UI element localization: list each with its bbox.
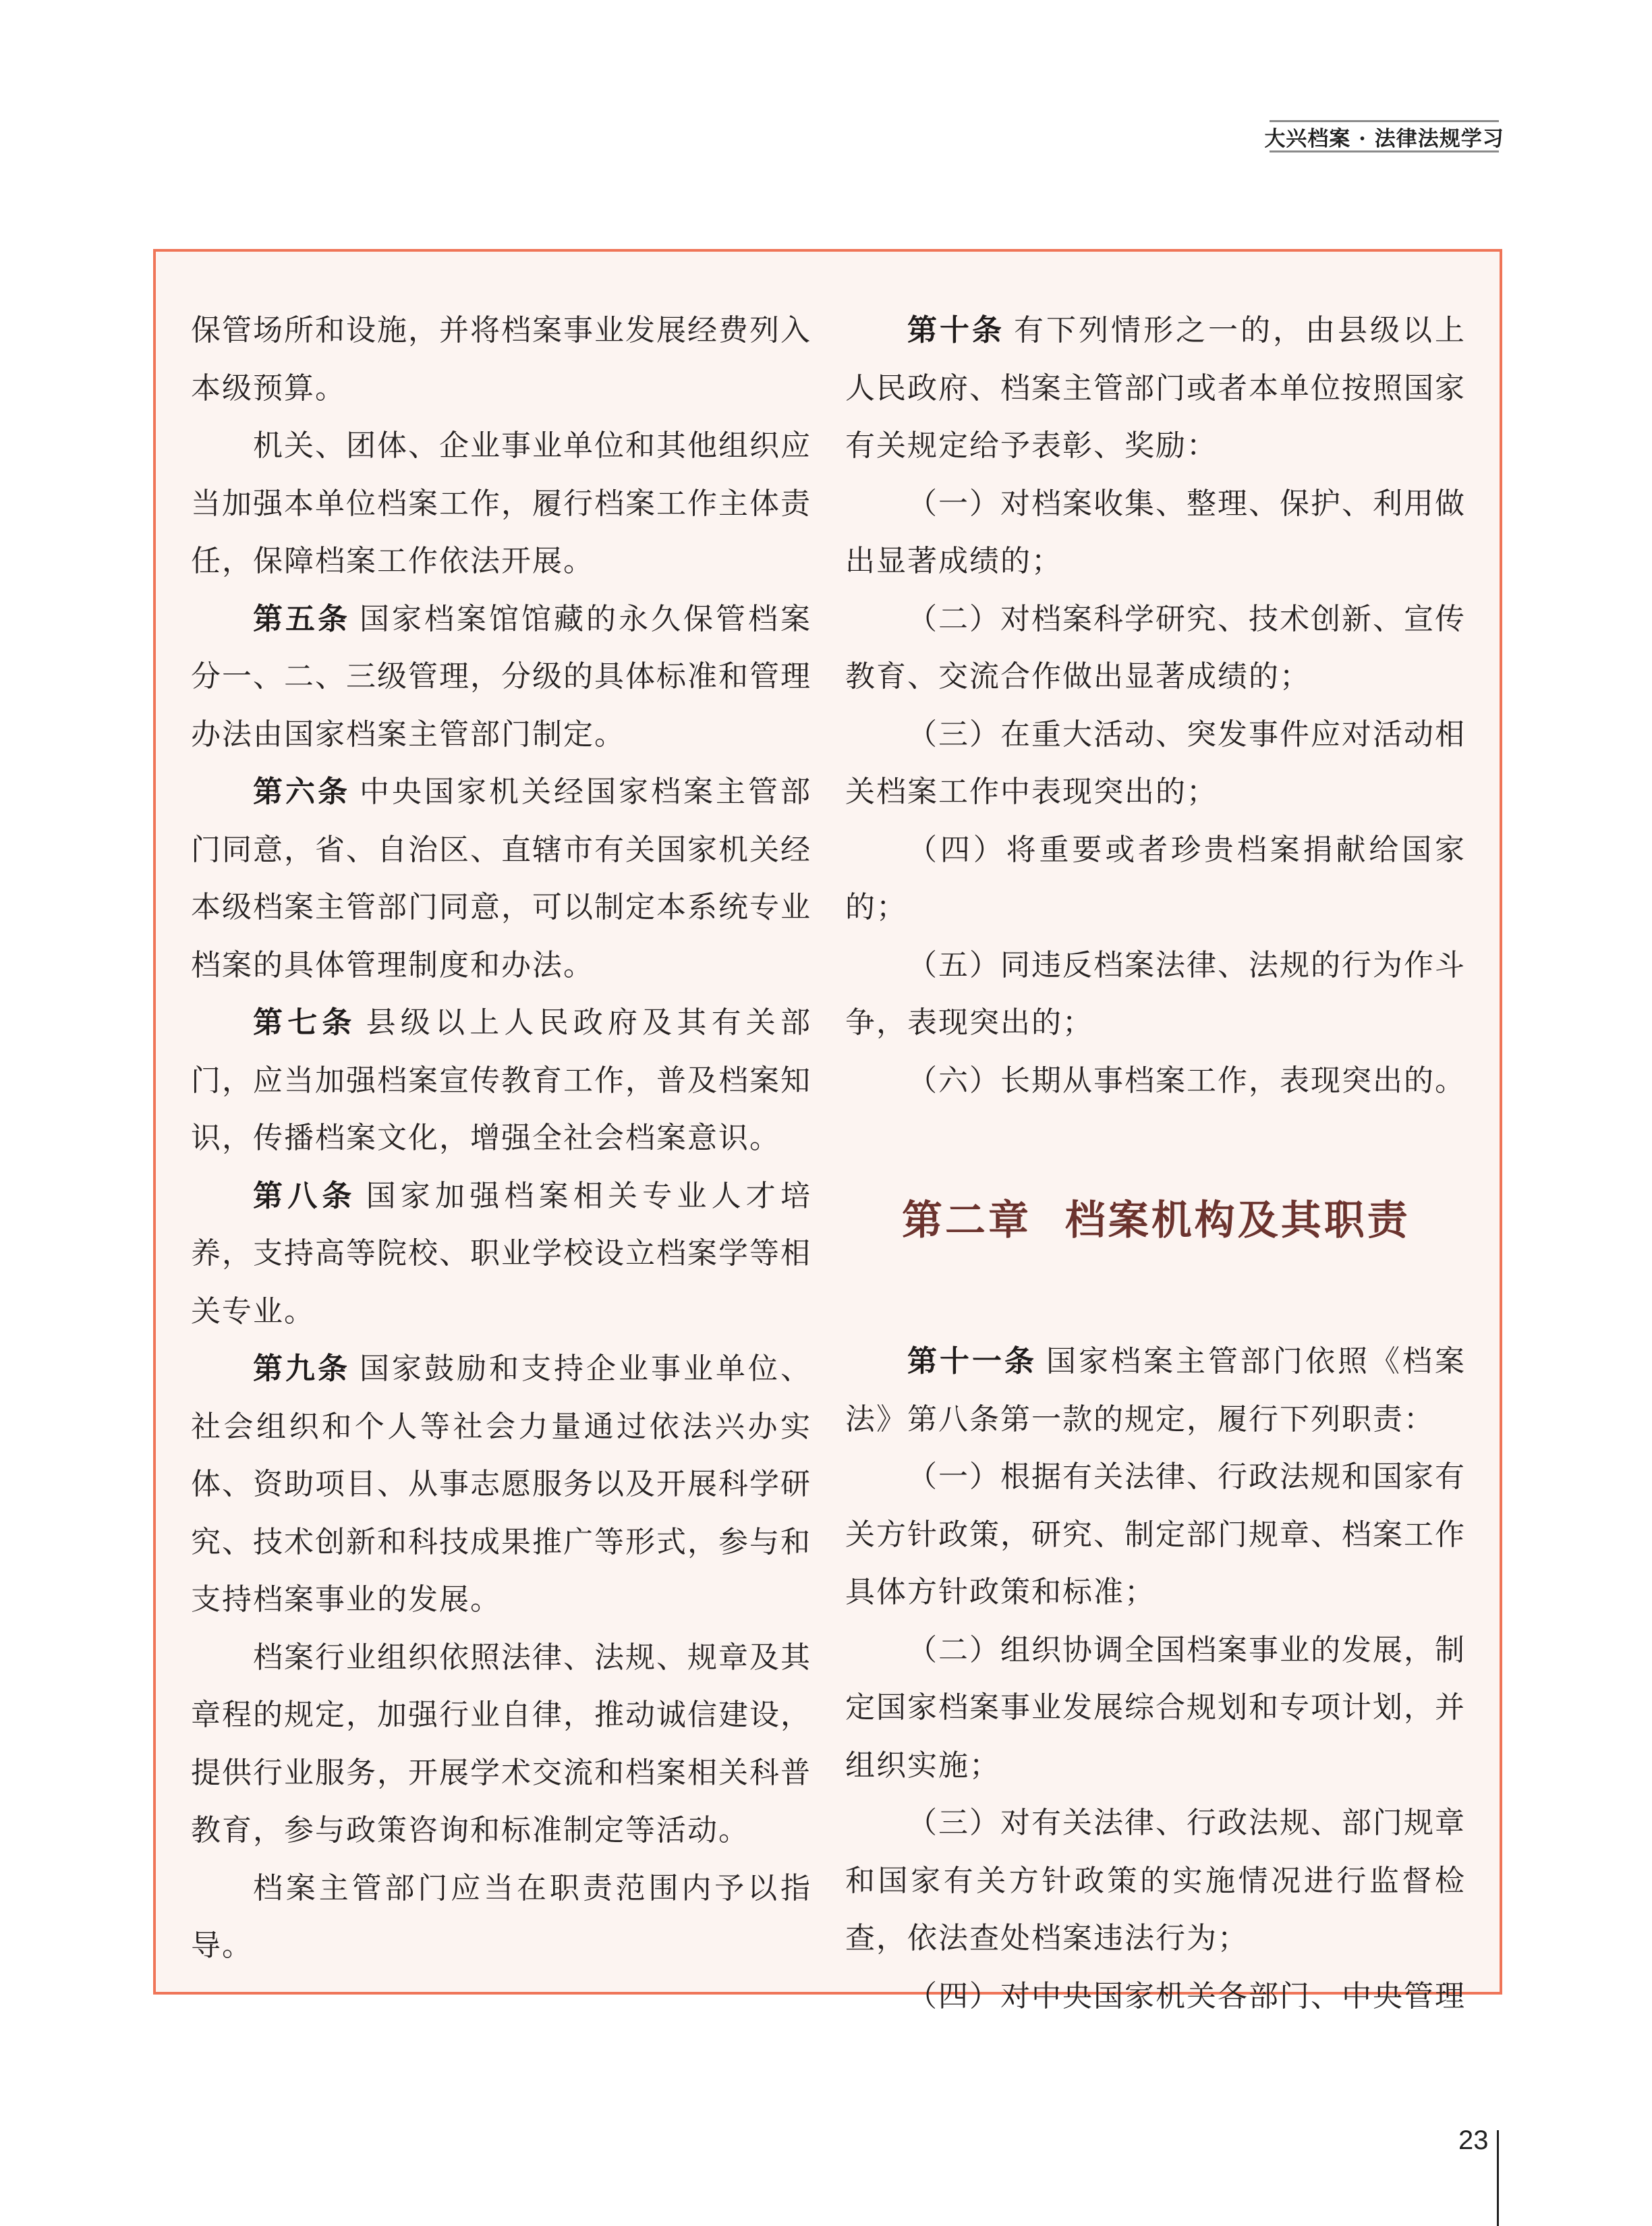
article-label: 第十一条 bbox=[907, 1344, 1037, 1379]
paragraph-text: 保管场所和设施，并将档案事业发展经费列入本级预算。 bbox=[191, 313, 811, 406]
page-number: 23 bbox=[1458, 2125, 1489, 2156]
article-8: 第八条国家加强档案相关专业人才培养，支持高等院校、职业学校设立档案学等相关专业。 bbox=[191, 1167, 811, 1341]
list-item: （一）对档案收集、整理、保护、利用做出显著成绩的； bbox=[845, 475, 1466, 590]
article-label: 第八条 bbox=[253, 1179, 357, 1213]
article-6: 第六条中央国家机关经国家档案主管部门同意，省、自治区、直辖市有关国家机关经本级档… bbox=[191, 763, 811, 994]
paragraph-text: 机关、团体、企业事业单位和其他组织应当加强本单位档案工作，履行档案工作主体责任，… bbox=[191, 428, 811, 578]
paragraph-text: （五）同违反档案法律、法规的行为作斗争，表现突出的； bbox=[845, 948, 1466, 1040]
list-item: （六）长期从事档案工作，表现突出的。 bbox=[845, 1052, 1466, 1110]
article-label: 第五条 bbox=[253, 602, 350, 636]
chapter-heading: 第二章 档案机构及其职责 bbox=[845, 1109, 1466, 1333]
article-label: 第六条 bbox=[253, 775, 350, 809]
right-column: 第十条有下列情形之一的，由县级以上人民政府、档案主管部门或者本单位按照国家有关规… bbox=[845, 302, 1466, 2025]
article-7: 第七条县级以上人民政府及其有关部门，应当加强档案宣传教育工作，普及档案知识，传播… bbox=[191, 994, 811, 1167]
paragraph-text: （三）对有关法律、行政法规、部门规章和国家有关方针政策的实施情况进行监督检查，依… bbox=[845, 1806, 1466, 1955]
paragraph-text: （二）组织协调全国档案事业的发展，制定国家档案事业发展综合规划和专项计划，并组织… bbox=[845, 1633, 1466, 1783]
article-label: 第七条 bbox=[253, 1005, 357, 1040]
running-header: 大兴档案 · 法律法规学习 bbox=[1270, 120, 1499, 152]
list-item: （二）对档案科学研究、技术创新、宣传教育、交流合作做出显著成绩的； bbox=[845, 590, 1466, 706]
article-9: 第九条国家鼓励和支持企业事业单位、社会组织和个人等社会力量通过依法兴办实体、资助… bbox=[191, 1340, 811, 1629]
list-item: （四）将重要或者珍贵档案捐献给国家的； bbox=[845, 821, 1466, 937]
article-label: 第十条 bbox=[907, 313, 1004, 347]
page-edge-rule bbox=[1497, 2130, 1499, 2226]
paragraph-text: 档案主管部门应当在职责范围内予以指导。 bbox=[191, 1871, 811, 1964]
paragraph-text: （一）对档案收集、整理、保护、利用做出显著成绩的； bbox=[845, 486, 1466, 579]
article-label: 第九条 bbox=[253, 1352, 350, 1386]
paragraph-text: （二）对档案科学研究、技术创新、宣传教育、交流合作做出显著成绩的； bbox=[845, 602, 1466, 694]
paragraph-text: （一）根据有关法律、行政法规和国家有关方针政策，研究、制定部门规章、档案工作具体… bbox=[845, 1459, 1466, 1609]
list-item: （四）对中央国家机关各部门、中央管理 bbox=[845, 1968, 1466, 2026]
list-item: （五）同违反档案法律、法规的行为作斗争，表现突出的； bbox=[845, 937, 1466, 1052]
paragraph: 档案主管部门应当在职责范围内予以指导。 bbox=[191, 1860, 811, 1975]
list-item: （三）对有关法律、行政法规、部门规章和国家有关方针政策的实施情况进行监督检查，依… bbox=[845, 1794, 1466, 1968]
article-10: 第十条有下列情形之一的，由县级以上人民政府、档案主管部门或者本单位按照国家有关规… bbox=[845, 302, 1466, 475]
paragraph-text: 档案行业组织依照法律、法规、规章及其章程的规定，加强行业自律，推动诚信建设，提供… bbox=[191, 1640, 811, 1848]
paragraph-text: （四）将重要或者珍贵档案捐献给国家的； bbox=[845, 833, 1466, 925]
article-11: 第十一条国家档案主管部门依照《档案法》第八条第一款的规定，履行下列职责： bbox=[845, 1333, 1466, 1448]
list-item: （二）组织协调全国档案事业的发展，制定国家档案事业发展综合规划和专项计划，并组织… bbox=[845, 1621, 1466, 1795]
list-item: （三）在重大活动、突发事件应对活动相关档案工作中表现突出的； bbox=[845, 706, 1466, 821]
paragraph: 机关、团体、企业事业单位和其他组织应当加强本单位档案工作，履行档案工作主体责任，… bbox=[191, 417, 811, 590]
left-column: 保管场所和设施，并将档案事业发展经费列入本级预算。 机关、团体、企业事业单位和其… bbox=[191, 302, 811, 1975]
paragraph-text: 国家鼓励和支持企业事业单位、社会组织和个人等社会力量通过依法兴办实体、资助项目、… bbox=[191, 1352, 811, 1617]
paragraph-text: （四）对中央国家机关各部门、中央管理 bbox=[907, 1979, 1466, 2013]
list-item: （一）根据有关法律、行政法规和国家有关方针政策，研究、制定部门规章、档案工作具体… bbox=[845, 1448, 1466, 1621]
paragraph-text: （三）在重大活动、突发事件应对活动相关档案工作中表现突出的； bbox=[845, 717, 1466, 810]
paragraph: 档案行业组织依照法律、法规、规章及其章程的规定，加强行业自律，推动诚信建设，提供… bbox=[191, 1629, 811, 1860]
article-5: 第五条国家档案馆馆藏的永久保管档案分一、二、三级管理，分级的具体标准和管理办法由… bbox=[191, 590, 811, 764]
paragraph-text: （六）长期从事档案工作，表现突出的。 bbox=[907, 1063, 1466, 1098]
running-header-title: 大兴档案 · 法律法规学习 bbox=[1264, 121, 1504, 152]
paragraph: 保管场所和设施，并将档案事业发展经费列入本级预算。 bbox=[191, 302, 811, 417]
